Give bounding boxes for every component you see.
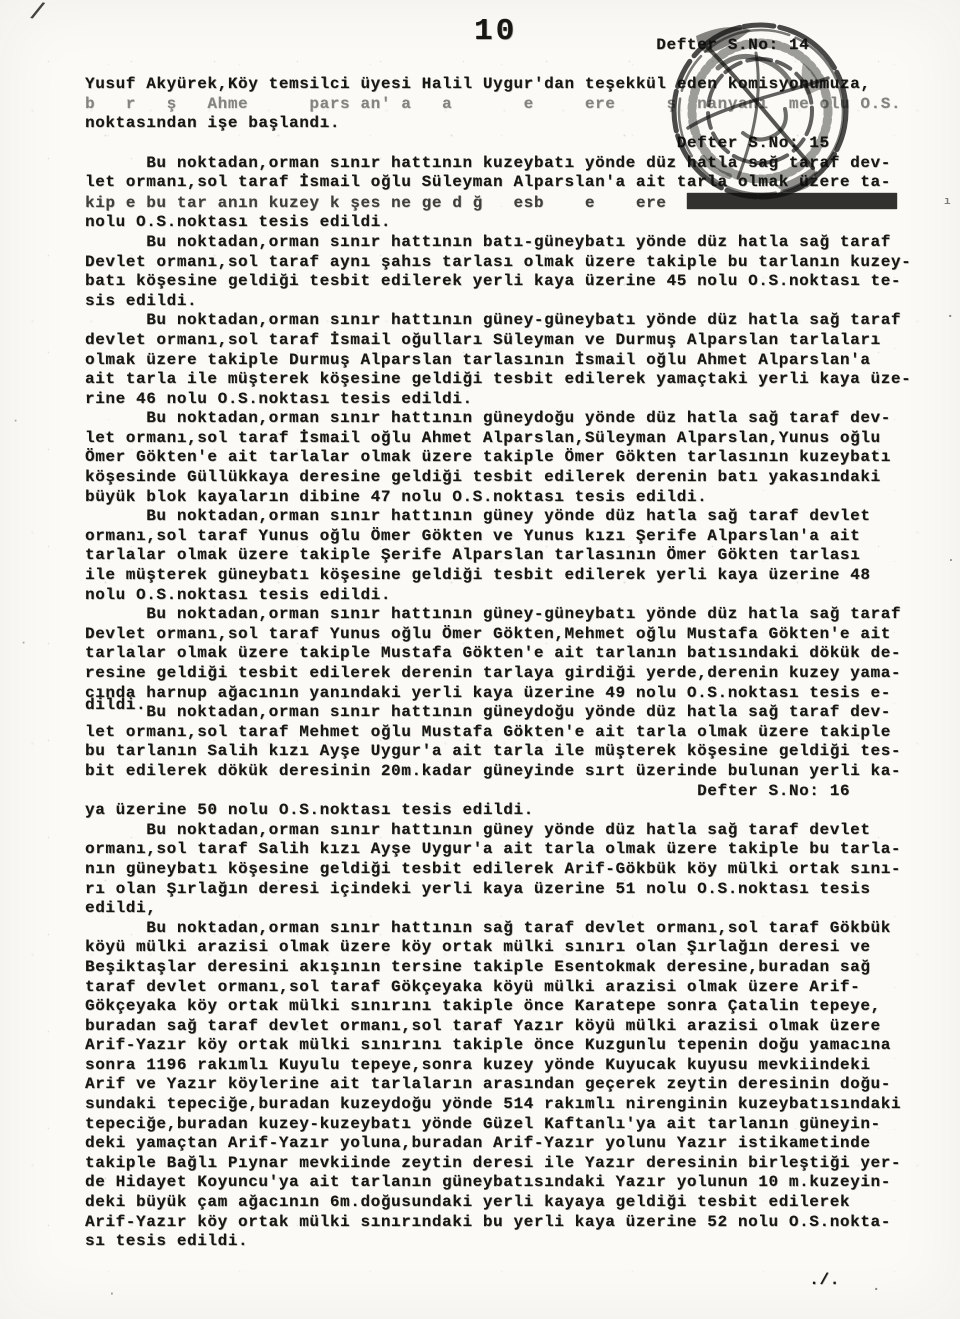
text-line: Arif ve Yazır köylerine ait tarlaların a… xyxy=(85,1075,911,1095)
text-line: let ormanı,sol taraf Mehmet oğlu Mustafa… xyxy=(85,723,911,743)
text-line: rı olan Şırlağın deresi içindeki yerli k… xyxy=(85,880,911,900)
scan-artifact: . xyxy=(947,550,955,565)
scan-artifact: · xyxy=(12,414,19,428)
text-line: tarlalar olmak üzere takiple Mustafa Gök… xyxy=(85,644,911,664)
text-line: Bu noktadan,orman sınır hattının güneydo… xyxy=(85,409,911,429)
text-line: de Hidayet Koyuncu'ya ait tarlanın güney… xyxy=(85,1173,911,1193)
text-line: Bu noktadan,orman sınır hattının güney-g… xyxy=(85,311,911,331)
text-line: dildi.Bu noktadan,orman sınır hattının g… xyxy=(85,703,911,723)
text-line: bit edilerek dökük deresinin 20m.kadar g… xyxy=(85,762,911,782)
text-line: köyü mülki arazisi olmak üzere köy ortak… xyxy=(85,938,911,958)
scan-artifact: / xyxy=(28,0,47,28)
text-line xyxy=(85,1252,911,1272)
text-line: Ömer Gökten'e ait tarlalar olmak üzere t… xyxy=(85,448,911,468)
text-line: Arif-Yazır köy ortak mülki sınırındaki b… xyxy=(85,1213,911,1233)
text-line: deki yamaçtan Arif-Yazır yoluna,buradan … xyxy=(85,1134,911,1154)
text-line: Beşiktaşlar deresini akışının tersine ta… xyxy=(85,958,911,978)
text-line: Bu noktadan,orman sınır hattının sağ tar… xyxy=(85,919,911,939)
text-line: bu tarlanın Salih kızı Ayşe Uygur'a ait … xyxy=(85,742,911,762)
text-line: sı tesis edildi. xyxy=(85,1232,911,1252)
wrapped-word: dildi. xyxy=(85,696,146,714)
text-line: Gökçeyaka köy ortak mülki sınırını takip… xyxy=(85,997,911,1017)
text-line: let ormanı,sol taraf İsmail oğlu Ahmet A… xyxy=(85,429,911,449)
text-line: büyük blok kayaların dibine 47 nolu O.S.… xyxy=(85,488,911,508)
text-line: cında harnup ağacının yanındaki yerli ka… xyxy=(85,684,911,704)
text-line: ile müşterek güneybatı köşesine geldiği … xyxy=(85,566,911,586)
text-line: ya üzerine 50 nolu O.S.noktası tesis edi… xyxy=(85,801,911,821)
text-line: rine 46 nolu O.S.noktası tesis edildi. xyxy=(85,390,911,410)
text-line: ormanı,sol taraf Salih kızı Ayşe Uygur'a… xyxy=(85,840,911,860)
document-page: 10 Defter S.No: 14 Yusuf Akyürek,Köy tem… xyxy=(0,0,960,1319)
text-line: Devlet ormanı,sol taraf Yunus oğlu Ömer … xyxy=(85,625,911,645)
text-line: tarlalar olmak üzere takiple Şerife Alpa… xyxy=(85,546,911,566)
text-line: batı köşesine geldiği tesbit edilerek ye… xyxy=(85,272,911,292)
text-line: sis edildi. xyxy=(85,292,911,312)
text-line: Bu noktadan,orman sınır hattının güney y… xyxy=(85,507,911,527)
text-line: takiple Bağlı Pıynar mevkiinde zeytin de… xyxy=(85,1154,911,1174)
scan-artifact: · xyxy=(20,636,27,650)
text-line: devlet ormanı,sol taraf İsmail oğulları … xyxy=(85,331,911,351)
text-line: resine geldiği tesbit edilerek derenin t… xyxy=(85,664,911,684)
text-line: olmak üzere takiple Durmuş Alparslan tar… xyxy=(85,351,911,371)
text-line: nın güneybatı köşesine geldiği tesbit ed… xyxy=(85,860,911,880)
text-line: köşesinde Güllükkaya deresine geldiği te… xyxy=(85,468,911,488)
text-line: edildi, xyxy=(85,899,911,919)
text-line: sonra 1196 rakımlı Kuyulu tepeye,sonra k… xyxy=(85,1056,911,1076)
text-line: buradan sağ taraf devlet ormanı,sol tara… xyxy=(85,1017,911,1037)
text-line: nolu O.S.noktası tesis edildi. xyxy=(85,586,911,606)
scan-artifact: ı xyxy=(944,196,951,208)
text-line: tepeciğe,buradan kuzey-kuzeybatı yönde G… xyxy=(85,1115,911,1135)
text-line: ait tarla ile müşterek köşesine geldiği … xyxy=(85,370,911,390)
defter-ref: Defter S.No: 16 xyxy=(85,782,911,802)
text-line: Bu noktadan,orman sınır hattının güney-g… xyxy=(85,605,911,625)
text-line: Bu noktadan,orman sınır hattının batı-gü… xyxy=(85,233,911,253)
text-line: sundaki tepeciğe,buradan kuzeydoğu yönde… xyxy=(85,1095,911,1115)
text-line: Arif-Yazır köy ortak mülki sınırını taki… xyxy=(85,1036,911,1056)
scan-artifact: . xyxy=(946,306,954,322)
text-line: Devlet ormanı,sol taraf aynı şahıs tarla… xyxy=(85,253,911,273)
continuation-mark: ./. xyxy=(85,1271,911,1291)
text-line: Bu noktadan,orman sınır hattının güney y… xyxy=(85,821,911,841)
typewritten-text-body: Defter S.No: 14 Yusuf Akyürek,Köy temsil… xyxy=(85,36,911,1291)
circular-ink-stamp xyxy=(648,8,866,220)
text-line: ormanı,sol taraf Yunus oğlu Ömer Gökten … xyxy=(85,527,911,547)
text-line: deki büyük çam ağacının 6m.doğusundaki y… xyxy=(85,1193,911,1213)
text-line: taraf devlet ormanı,sol taraf Gökçeyaka … xyxy=(85,978,911,998)
